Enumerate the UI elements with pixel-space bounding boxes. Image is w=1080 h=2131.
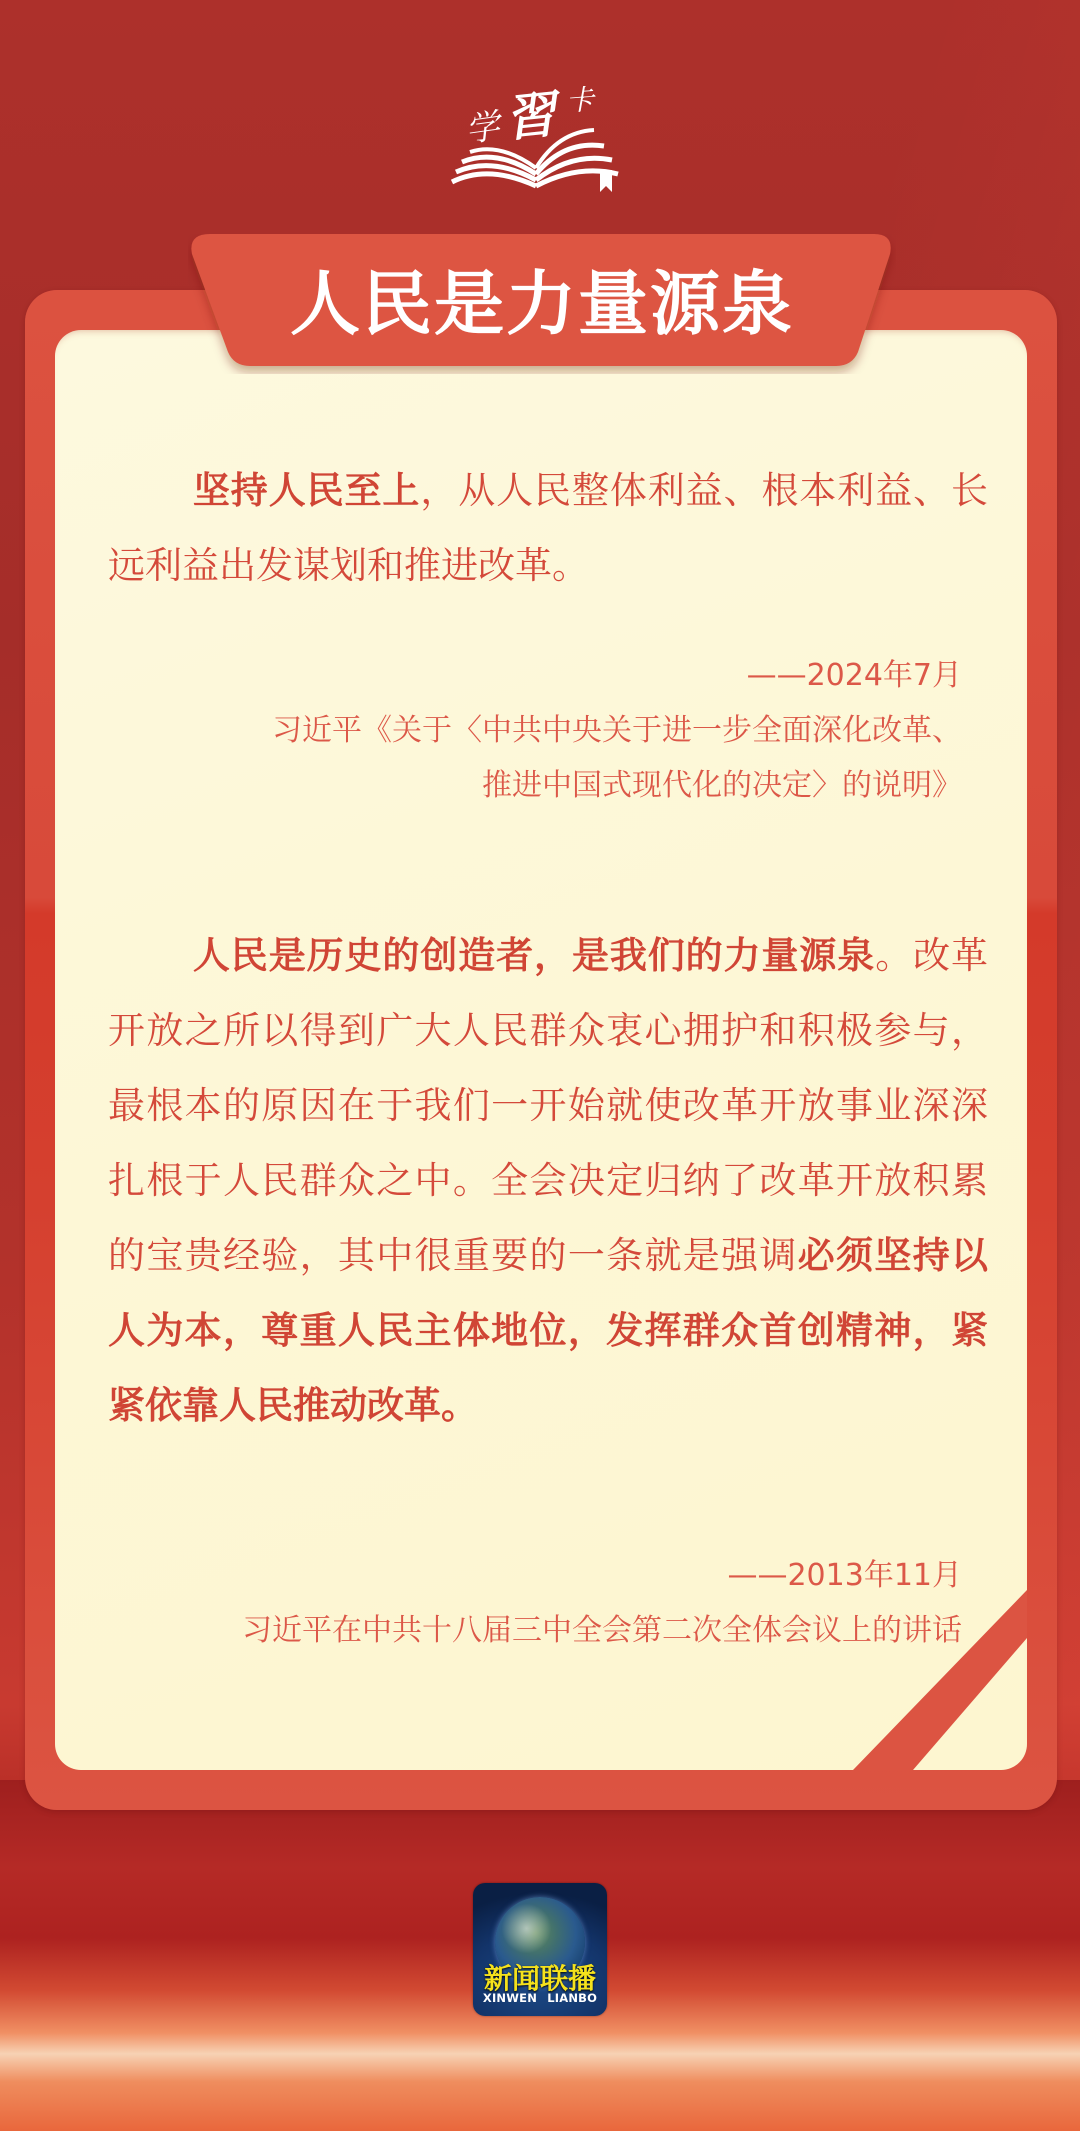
- quote-2: 人民是历史的创造者，是我们的力量源泉。改革开放之所以得到广大人民群众衷心拥护和积…: [108, 918, 988, 1443]
- quote-2-citation-date: ——2013年11月: [102, 1548, 962, 1603]
- quote-2-citation-source-line1: 习近平在中共十八届三中全会第二次全体会议上的讲话: [102, 1603, 962, 1658]
- page-title: 人民是力量源泉: [188, 254, 896, 354]
- title-banner: 人民是力量源泉: [188, 234, 896, 374]
- quote-2-bold-lead: 人民是历史的创造者，是我们的力量源泉: [192, 933, 875, 977]
- study-card-logo: 学 習 卡: [448, 72, 633, 192]
- quote-2-citation: ——2013年11月 习近平在中共十八届三中全会第二次全体会议上的讲话: [102, 1548, 962, 1658]
- open-book-icon: 学 習 卡: [448, 72, 633, 192]
- news-logo-en: XINWEN LIANBO: [473, 1991, 607, 2005]
- quote-1-citation-source-line2: 推进中国式现代化的决定〉的说明》: [102, 758, 962, 813]
- quote-1-citation-source-line1: 习近平《关于〈中共中央关于进一步全面深化改革、: [102, 703, 962, 758]
- quote-1-citation-date: ——2024年7月: [102, 648, 962, 703]
- svg-text:習: 習: [502, 84, 565, 149]
- svg-text:卡: 卡: [565, 83, 598, 118]
- xinwen-lianbo-logo: 新闻联播 XINWEN LIANBO: [473, 1883, 607, 2016]
- quote-2-body: 。改革开放之所以得到广大人民群众衷心拥护和积极参与，最根本的原因在于我们一开始就…: [108, 934, 988, 1277]
- quote-1-citation: ——2024年7月 习近平《关于〈中共中央关于进一步全面深化改革、 推进中国式现…: [102, 648, 962, 813]
- quote-1-bold-lead: 坚持人民至上: [192, 468, 420, 512]
- svg-text:学: 学: [463, 106, 506, 151]
- quote-1: 坚持人民至上，从人民整体利益、根本利益、长远利益出发谋划和推进改革。: [108, 453, 988, 603]
